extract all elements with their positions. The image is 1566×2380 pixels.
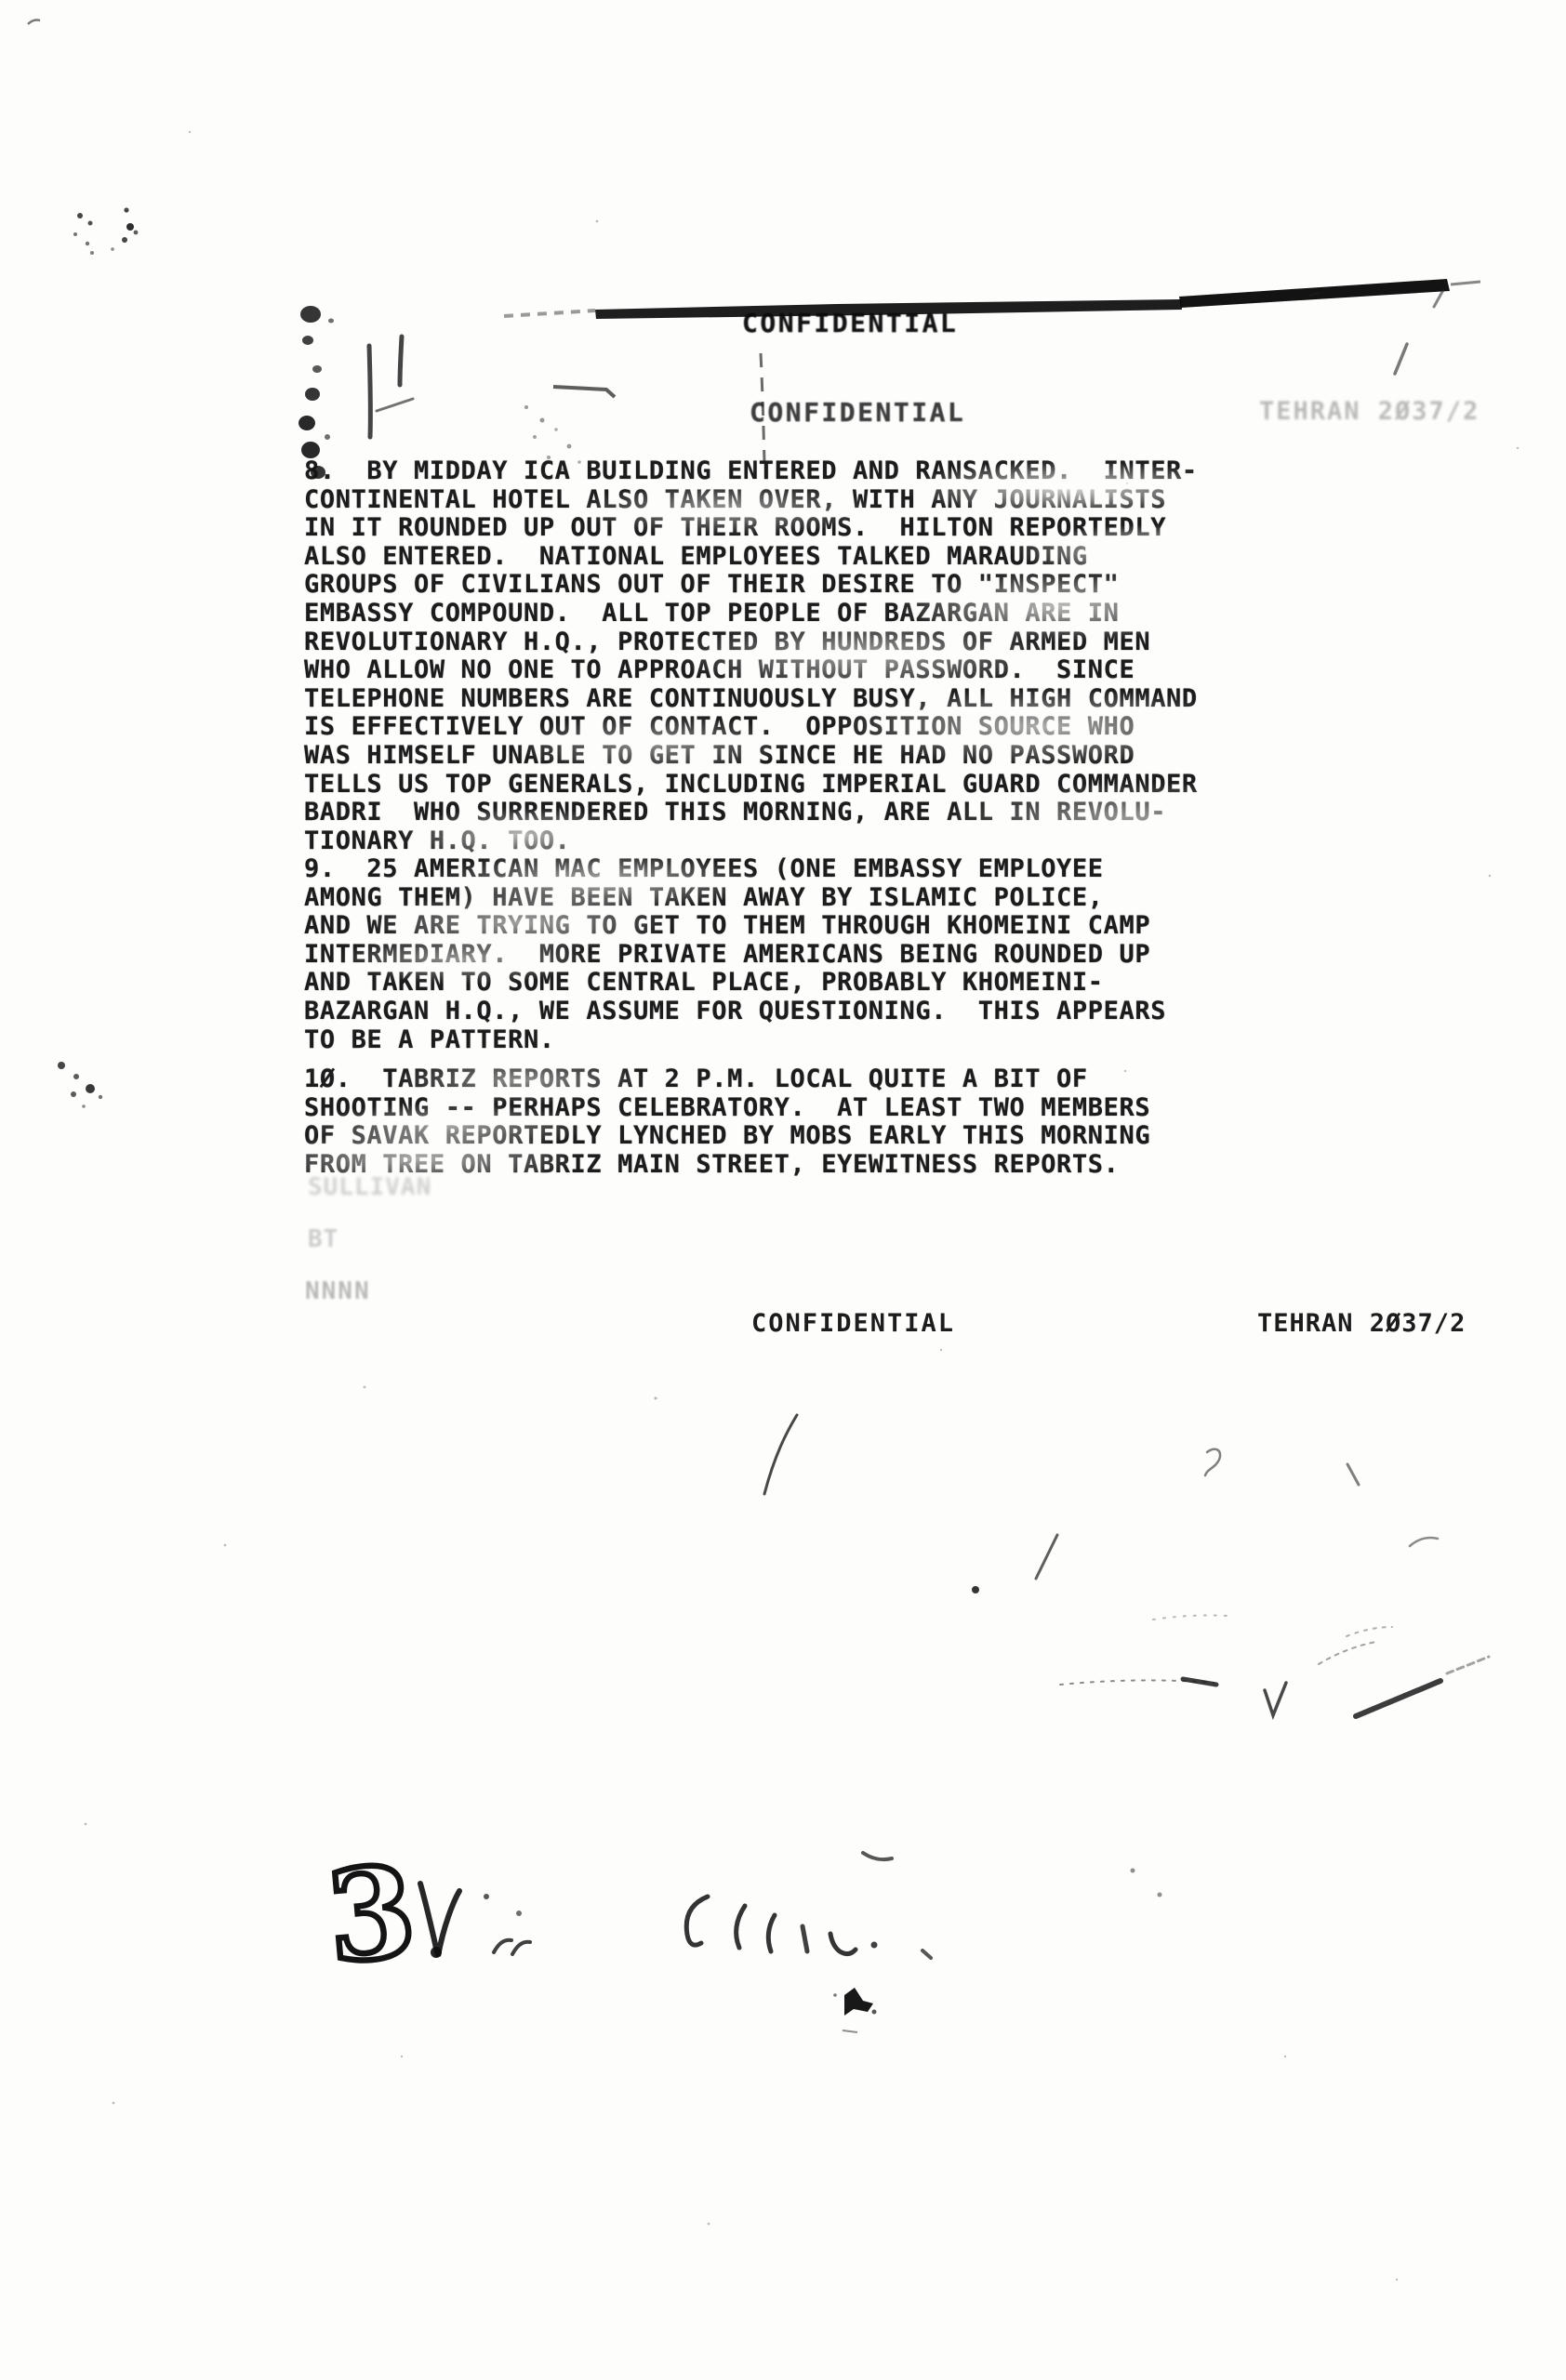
margin-ink-blobs <box>299 306 334 479</box>
ink-smear-band-right-tail <box>1451 282 1480 284</box>
corner-tick <box>28 20 40 25</box>
ink-smear-band-left <box>595 299 1182 319</box>
scanner-noise-specks <box>85 131 1520 2281</box>
ink-smear-band-left-tail <box>504 311 595 316</box>
pen-dash <box>553 387 615 397</box>
margin-pen-bars <box>369 337 413 437</box>
scan-artifacts-layer: 3 <box>0 0 1566 2380</box>
ink-blob-4 <box>833 1988 876 2032</box>
top-right-marks <box>1309 290 1443 374</box>
handwritten-scribble <box>420 1853 1162 1958</box>
speckle-cluster-top-left <box>73 207 138 255</box>
pen-scribbles-mid <box>764 1415 1489 1716</box>
document-page: CONFIDENTIAL CONFIDENTIAL TEHRAN 2Ø37/2 … <box>0 0 1566 2380</box>
speckle-cluster-header <box>524 405 581 471</box>
left-edge-smudge <box>58 1062 102 1108</box>
pen-line-vertical <box>761 353 764 463</box>
handwritten-page-number: 3 <box>322 1837 421 1991</box>
